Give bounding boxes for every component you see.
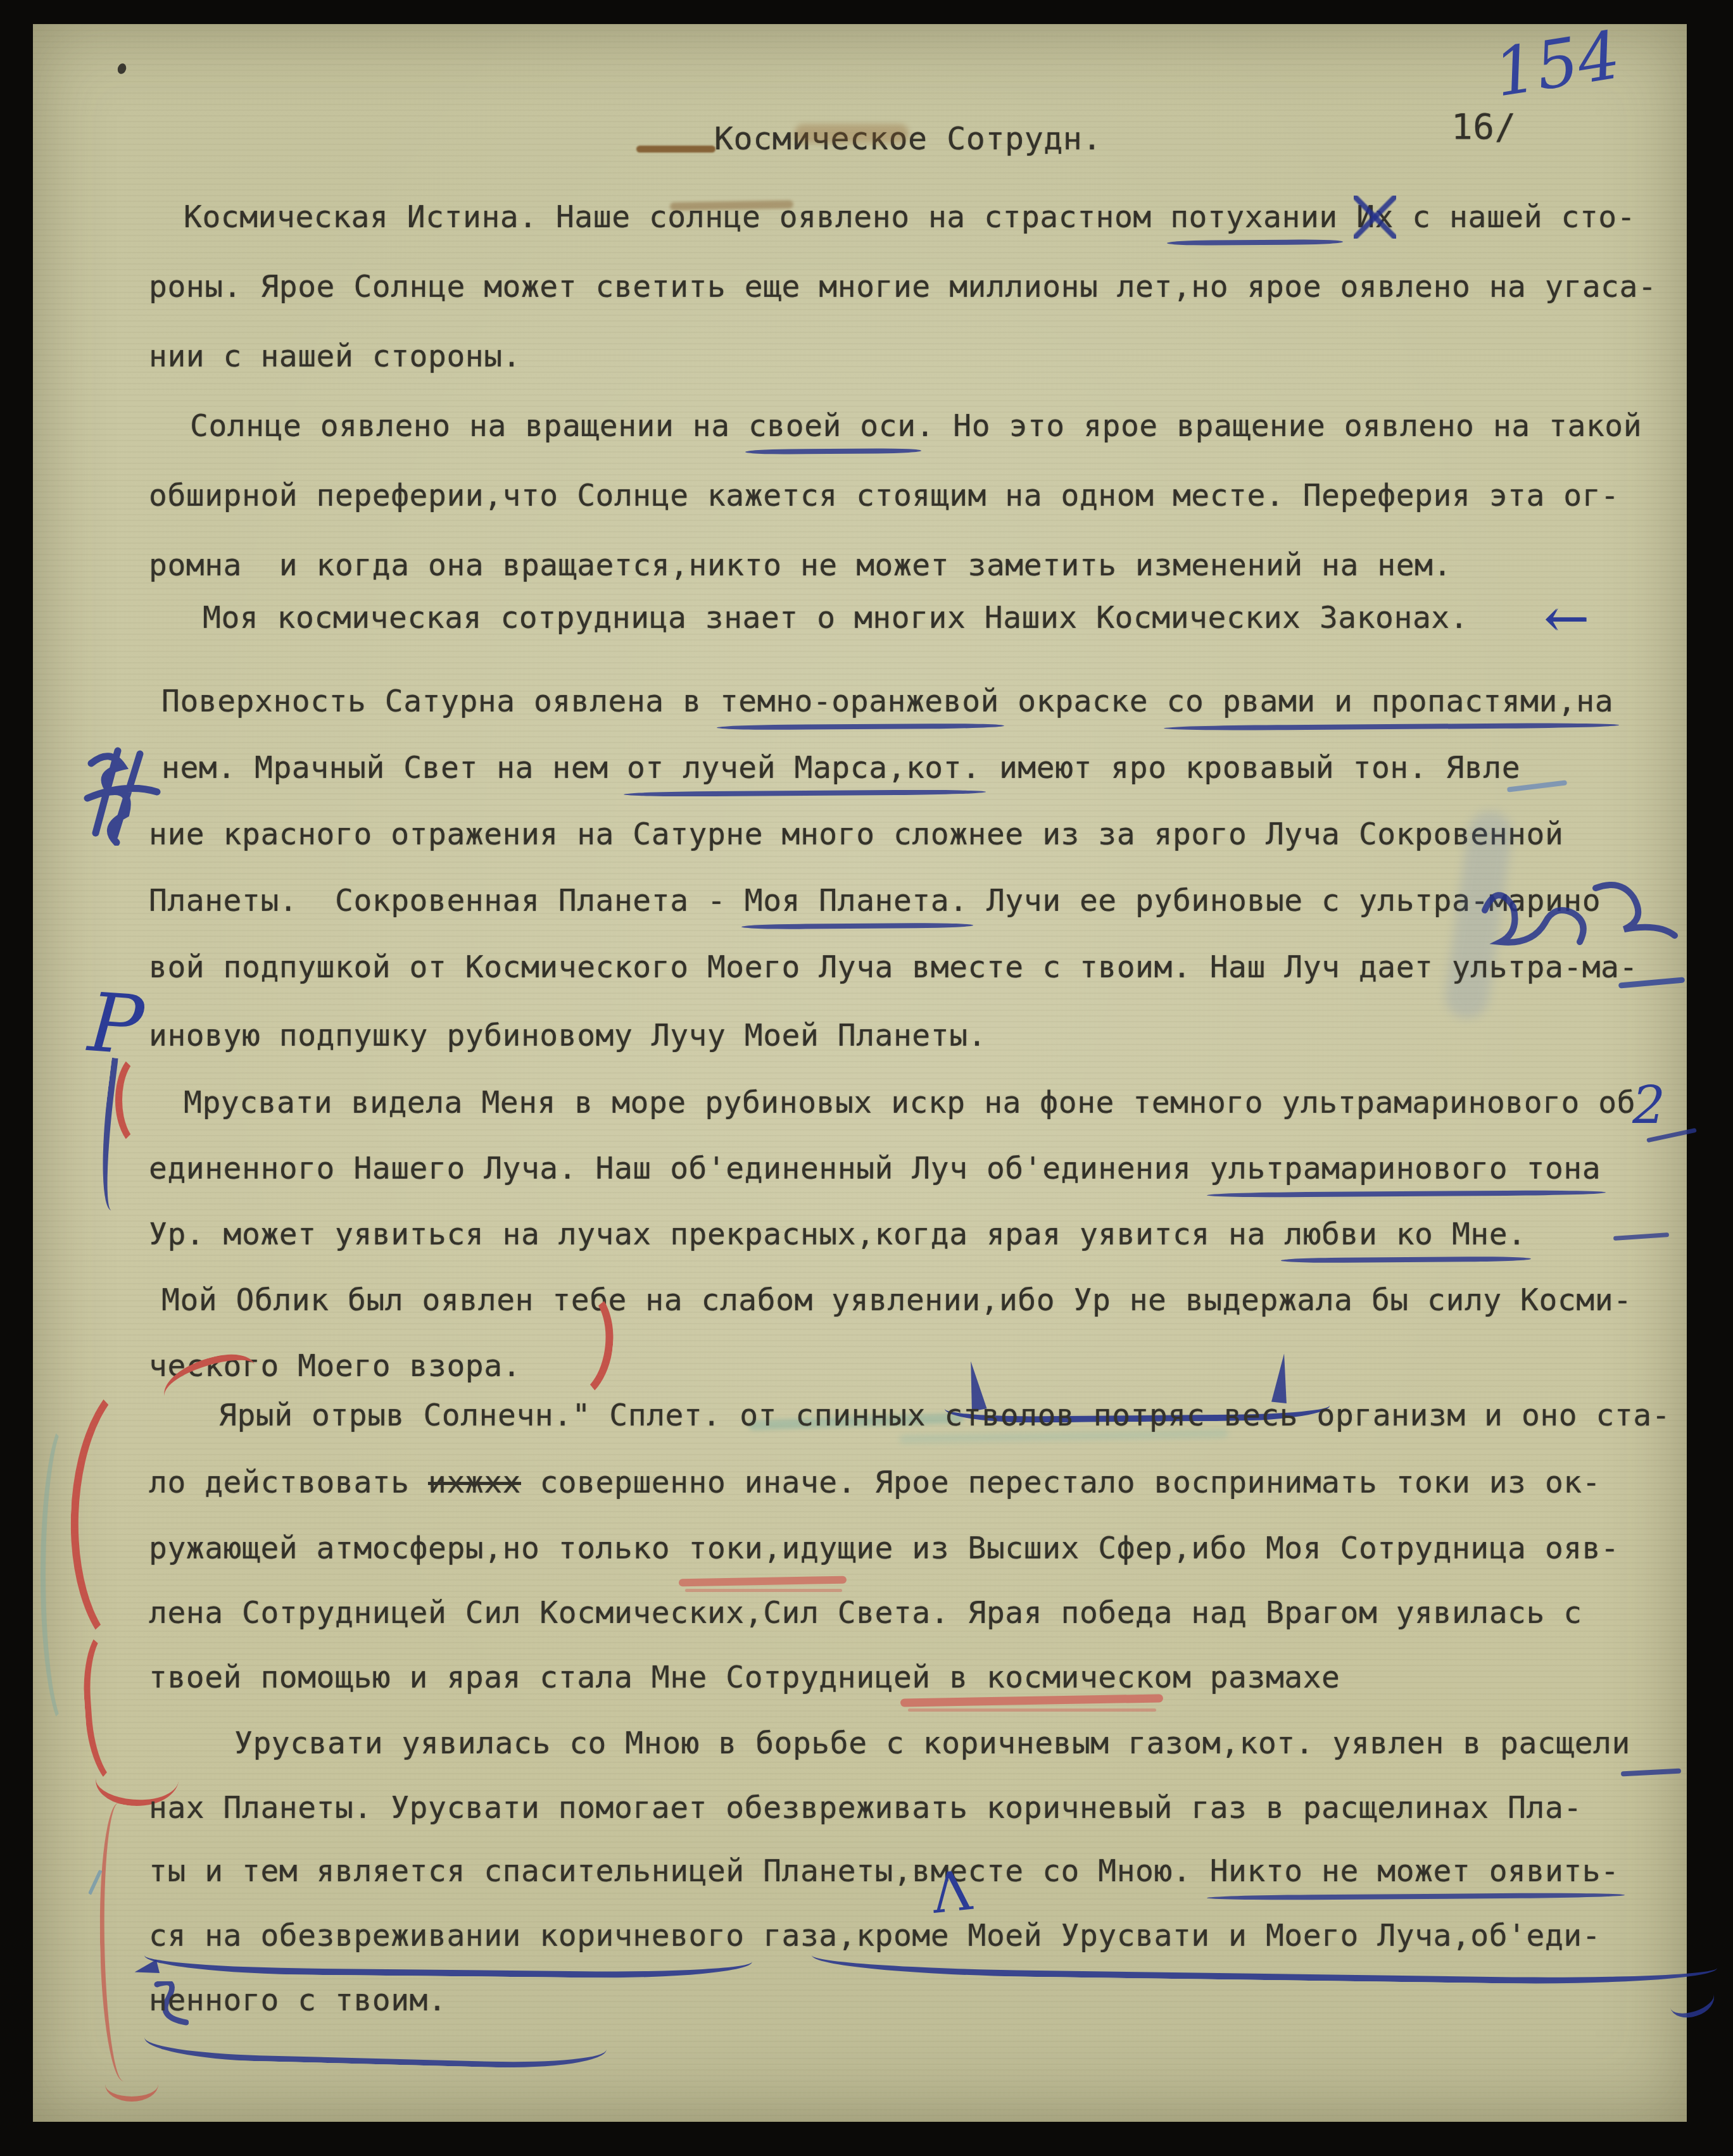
typed-line-20: ло действовать ихжхх совершенно иначе. Я… — [149, 1465, 1601, 1500]
typed-line-14: Мрусвати видела Меня в море рубиновых ис… — [184, 1085, 1635, 1120]
handwritten-insert-caret: Λ — [929, 1859, 974, 1926]
typed-line-24: Урусвати уявилась со Мною в борьбе с кор… — [234, 1726, 1630, 1761]
page-title: Космическое Сотрудн. — [714, 120, 1102, 157]
typed-line-01: Космическая Истина. Наше солнце оявлено … — [184, 199, 1635, 235]
typed-line-04: Солнце оявлено на вращении на своей оси.… — [190, 408, 1642, 444]
handwritten-digit-2: 2 — [1632, 1076, 1665, 1136]
typed-line-02: роны. Ярое Солнце может светить еще мног… — [149, 269, 1656, 304]
blue-underlined-word: от лучей Марса,кот. — [627, 750, 981, 786]
ink-smudge-dash — [636, 146, 715, 153]
text-run: . Но это ярое вращение оявлено на такой — [916, 408, 1642, 444]
scanned-typescript-page: 154 16/ Космическое Сотрудн. Космическая… — [0, 0, 1733, 2156]
red-underline-toki-echo — [685, 1589, 842, 1592]
text-run: ты и тем является спасительницей Планеты… — [149, 1853, 1210, 1889]
text-run: единенного Нашего Луча. Наш об'единенный… — [149, 1151, 1210, 1186]
typed-line-05: обширной переферии,что Солнце кажется ст… — [149, 478, 1619, 513]
blue-underlined-word: любви ко Мне. — [1284, 1217, 1526, 1252]
typed-line-22: лена Сотрудницей Сил Космических,Сил Све… — [149, 1595, 1582, 1631]
text-run: Поверхность Сатурна оявлена в — [161, 684, 720, 719]
typed-struck-word: ихжхх — [428, 1465, 521, 1500]
typed-line-15: единенного Нашего Луча. Наш об'единенный… — [149, 1151, 1601, 1186]
typed-line-25: нах Планеты. Урусвати помогает обезврежи… — [149, 1790, 1582, 1826]
blue-underlined-phrase: Никто не может оявить- — [1210, 1853, 1620, 1889]
typed-line-10: ние красного отражения на Сатурне много … — [149, 817, 1563, 852]
typed-line-19: Ярый отрыв Солнечн." Сплет. от спинных с… — [218, 1398, 1670, 1433]
typed-line-16: Ур. может уявиться на лучах прекрасных,к… — [149, 1217, 1527, 1252]
typed-line-13: иновую подпушку рубиновому Лучу Моей Пла… — [149, 1018, 986, 1053]
typed-line-06: ромна и когда она вращается,никто не мож… — [149, 548, 1452, 583]
text-run: совершенно иначе. Ярое перестало восприн… — [521, 1465, 1601, 1500]
typed-line-12: вой подпушкой от Космического Моего Луча… — [149, 950, 1638, 985]
red-underline-echo — [908, 1708, 1156, 1712]
rust-stain — [795, 124, 909, 143]
text-run: Солнце оявлено на вращении на — [190, 408, 748, 444]
blue-underlined-word: ультрамаринового тона — [1210, 1151, 1601, 1186]
red-bracket-bottom-hook — [105, 2067, 158, 2102]
text-run: имеют яро кровавый тон. Явле — [981, 750, 1521, 786]
blue-underlined-word: своей оси — [748, 408, 916, 444]
text-run: Планеты. Сокровенная Планета - — [149, 883, 745, 918]
blue-underlined-word: потухании — [1170, 199, 1338, 235]
red-open-parenthesis — [115, 1051, 171, 1150]
text-run: нем. Мрачный Свет на нем — [161, 750, 627, 786]
text-run: Космическая Истина. Наше солнце оявлено … — [184, 199, 1170, 235]
typed-line-28: ненного с твоим. — [149, 1983, 446, 2018]
typed-line-11: Планеты. Сокровенная Планета - Моя Плане… — [149, 883, 1601, 918]
typed-line-17: Мой Облик был оявлен тебе на слабом уявл… — [161, 1282, 1632, 1318]
text-run: с нашей сто- — [1394, 199, 1635, 235]
typed-line-26: ты и тем является спасительницей Планеты… — [149, 1853, 1619, 1889]
blue-underlined-word: со рвами и пропастями,на — [1167, 684, 1614, 719]
typed-line-23: твоей помощью и ярая стала Мне Сотрудниц… — [149, 1660, 1340, 1695]
crossed-out-word: Их — [1356, 199, 1394, 235]
typed-page-number: 16/ — [1451, 106, 1516, 147]
text-run: ло действовать — [149, 1465, 428, 1500]
typed-line-21: ружающей атмосферы,но только токи,идущие… — [149, 1531, 1619, 1566]
typed-line-07: Моя космическая сотрудница знает о многи… — [203, 600, 1468, 636]
teal-margin-curve — [41, 1418, 95, 1732]
blue-underlined-word: темно-оранжевой — [720, 684, 999, 719]
text-run: Ур. может уявиться на лучах прекрасных,к… — [149, 1217, 1284, 1252]
typed-line-09: нем. Мрачный Свет на нем от лучей Марса,… — [161, 750, 1520, 786]
blue-underlined-word: Моя Планета. — [745, 883, 968, 918]
typed-line-03: нии с нашей стороны. — [149, 339, 521, 374]
handwritten-left-arrow: ← — [1544, 587, 1588, 649]
text-run: окраске — [999, 684, 1167, 719]
typed-line-08: Поверхность Сатурна оявлена в темно-оран… — [161, 684, 1613, 719]
